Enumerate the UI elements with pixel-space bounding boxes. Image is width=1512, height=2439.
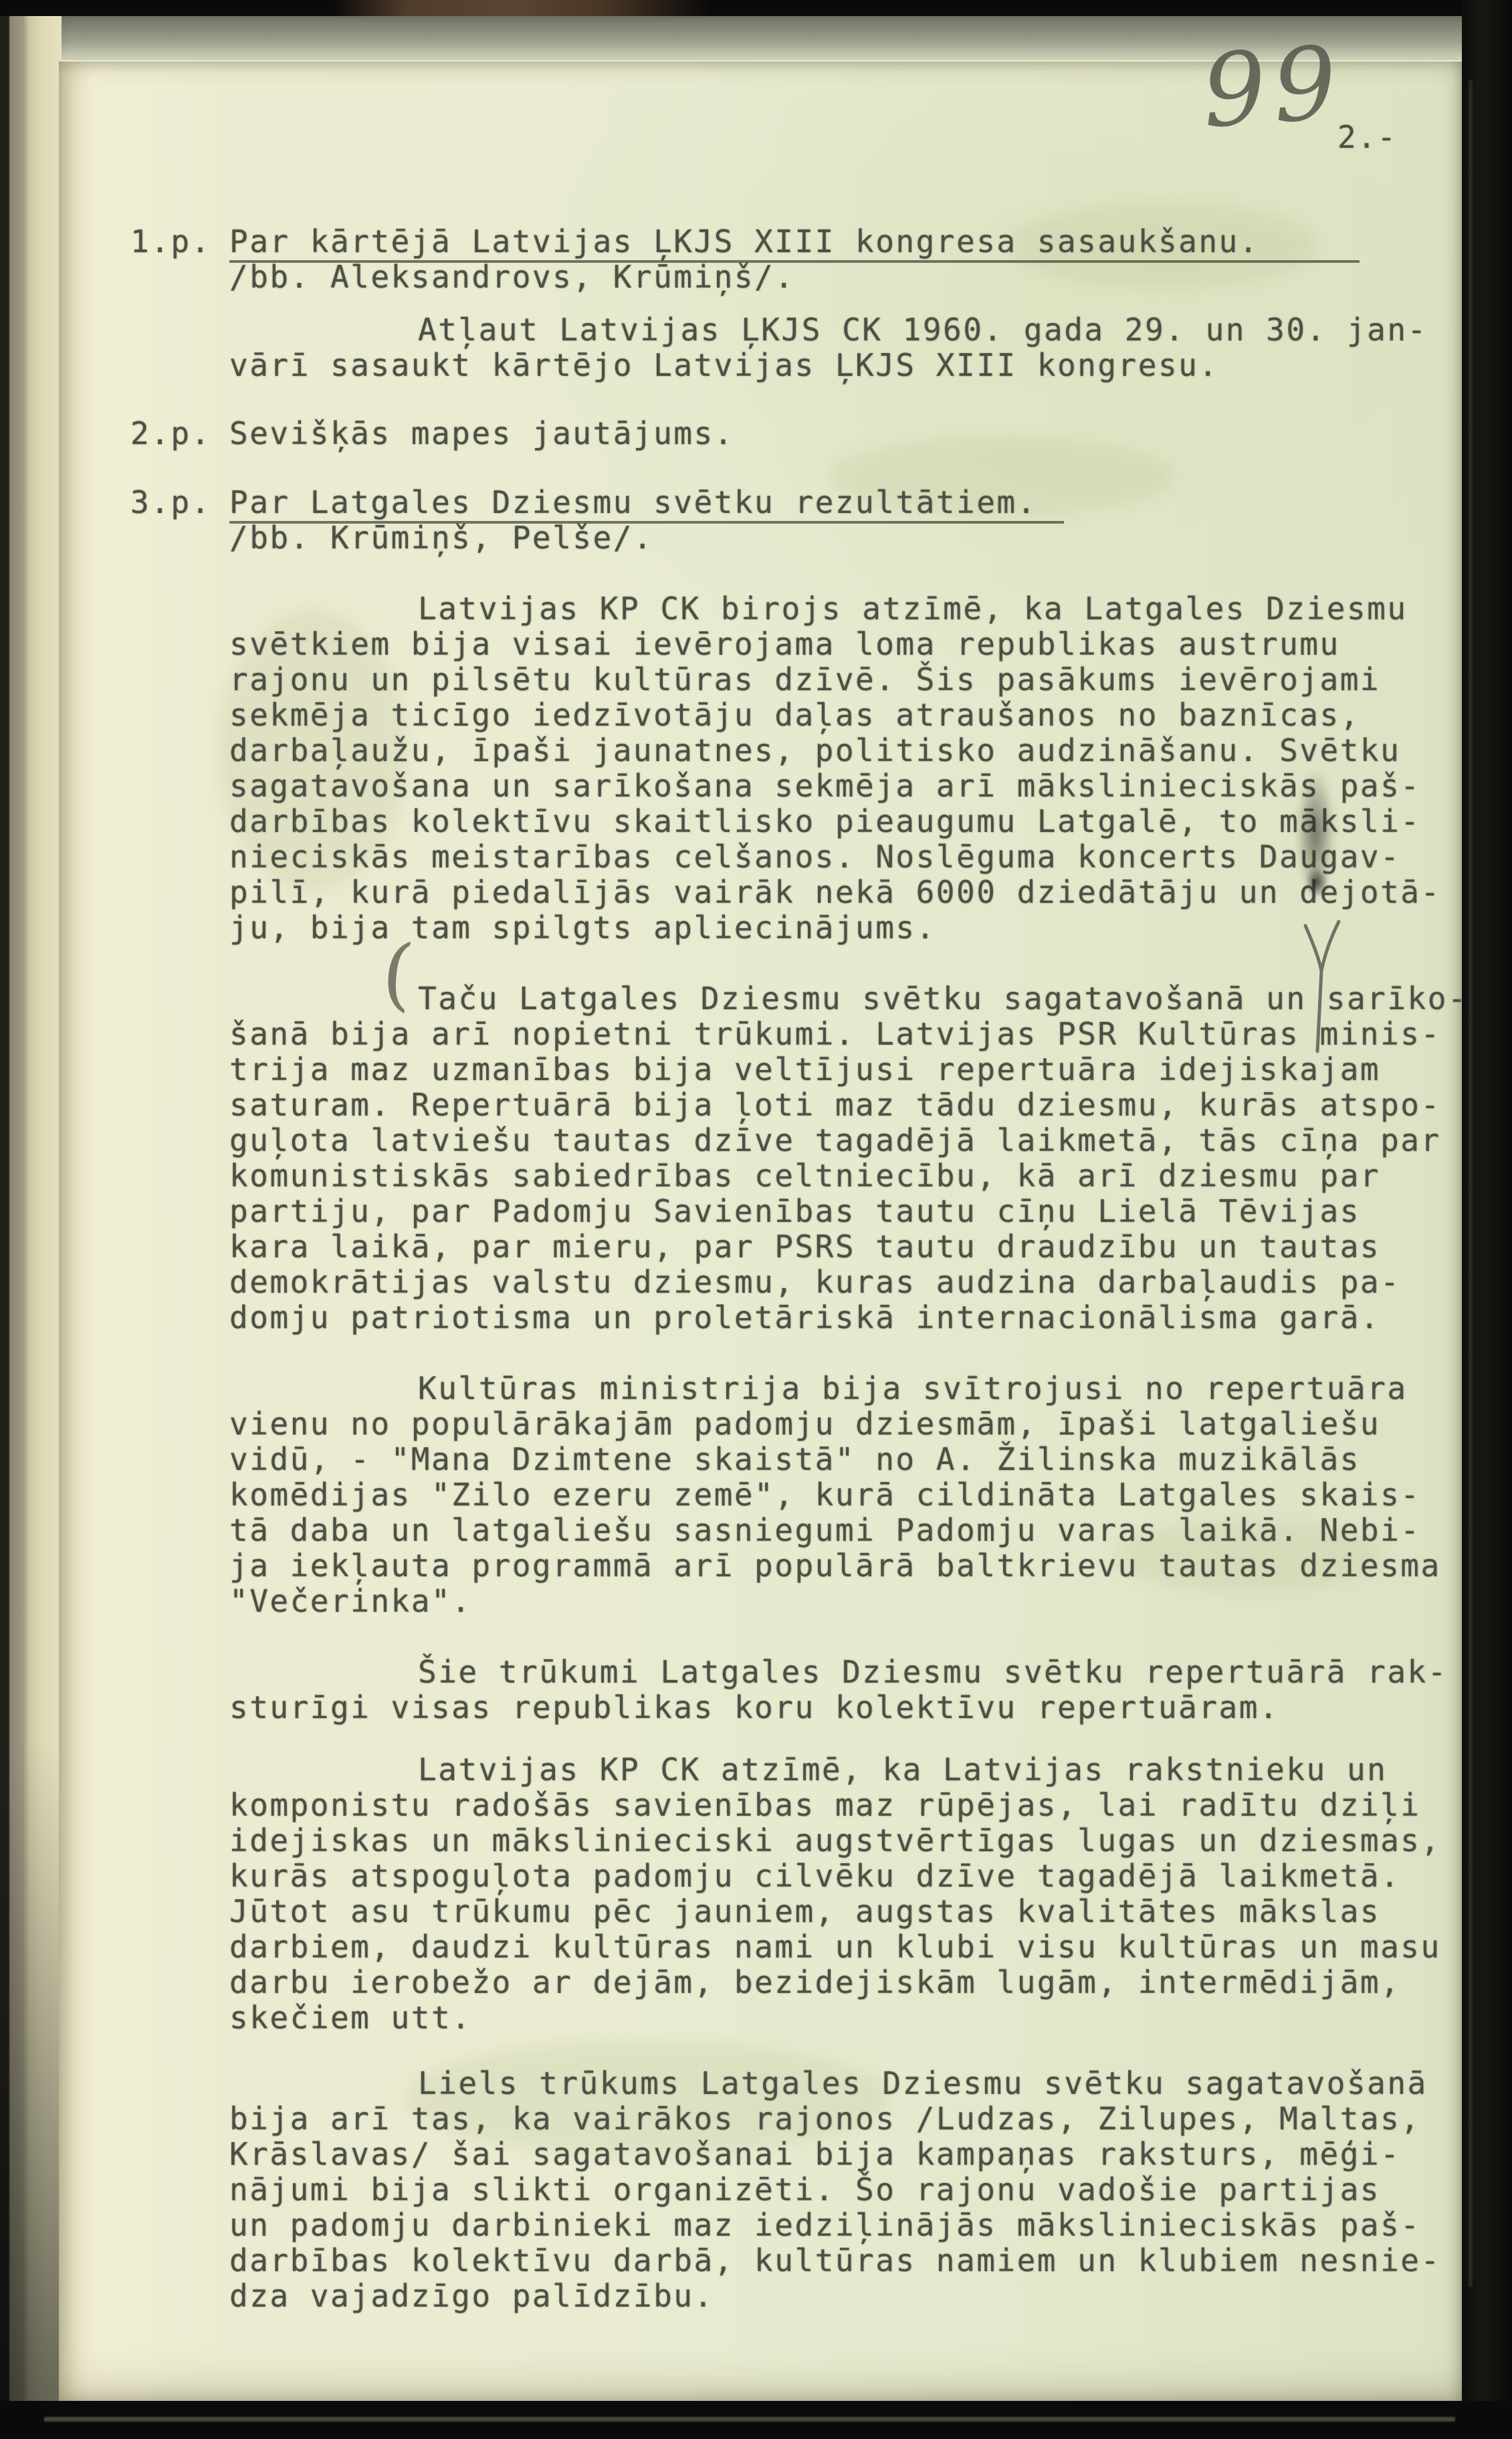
paragraph-5: Latvijas KP CK atzīmē, ka Latvijas rakst… — [229, 1752, 1467, 2036]
text-line: Šie trūkumi Latgales Dziesmu svētku repe… — [229, 1655, 1467, 1690]
text-line: un padomju darbinieki maz iedziļinājās m… — [229, 2208, 1467, 2243]
text-line: rajonu un pilsētu kultūras dzīvē. Šis pa… — [229, 662, 1467, 698]
text-line: svētkiem bija visai ievērojama loma repu… — [229, 627, 1467, 662]
text-line: Kultūras ministrija bija svītrojusi no r… — [229, 1371, 1467, 1406]
agenda-item-1-body: Atļaut Latvijas ĻKJS CK 1960. gada 29. u… — [229, 312, 1467, 383]
document-scan: 1.p. Par kārtējā Latvijas ĻKJS XIII kong… — [0, 0, 1512, 2439]
text-line: kara laikā, par mieru, par PSRS tautu dr… — [229, 1229, 1467, 1265]
text-line: idejiskas un mākslinieciski augstvērtīga… — [229, 1823, 1467, 1859]
agenda-item-3-title: Par Latgales Dziesmu svētku rezultātiem. — [229, 484, 1064, 524]
text-line: nieciskās meistarības celšanos. Noslēgum… — [229, 839, 1467, 875]
agenda-item-1-speakers: /bb. Aleksandrovs, Krūmiņš/. — [229, 259, 794, 295]
paragraph-6: Liels trūkums Latgales Dziesmu svētku sa… — [229, 2066, 1467, 2314]
text-line: Liels trūkums Latgales Dziesmu svētku sa… — [229, 2066, 1467, 2101]
page-edge-line — [1469, 80, 1473, 2287]
text-line: guļota latviešu tautas dzīve tagadējā la… — [229, 1123, 1467, 1158]
text-line: saturam. Repertuārā bija ļoti maz tādu d… — [229, 1087, 1467, 1123]
text-line: kurās atspoguļota padomju cilvēku dzīve … — [229, 1859, 1467, 1894]
text-line: Atļaut Latvijas ĻKJS CK 1960. gada 29. u… — [229, 312, 1467, 348]
agenda-item-3-subtitle: /bb. Krūmiņš, Pelše/. — [229, 520, 1467, 556]
agenda-item-1-heading: 1.p. Par kārtējā Latvijas ĻKJS XIII kong… — [229, 224, 1467, 259]
text-line: darbaļaužu, īpaši jaunatnes, politisko a… — [229, 733, 1467, 768]
handwritten-folio-number: 99 — [1198, 25, 1347, 150]
text-line: sturīgi visas republikas koru kolektīvu … — [229, 1690, 1467, 1725]
text-line: Latvijas KP CK atzīmē, ka Latvijas rakst… — [229, 1752, 1467, 1788]
agenda-item-3-label: 3.p. — [130, 485, 211, 520]
typewritten-text: 1.p. Par kārtējā Latvijas ĻKJS XIII kong… — [229, 224, 1467, 2314]
text-line: šanā bija arī nopietni trūkumi. Latvijas… — [229, 1017, 1467, 1052]
text-line: skečiem utt. — [229, 2000, 1467, 2036]
text-line: partiju, par Padomju Savienības tautu cī… — [229, 1194, 1467, 1229]
text-line: tā daba un latgaliešu sasniegumi Padomju… — [229, 1513, 1467, 1548]
ink-blot — [1305, 867, 1328, 897]
paragraph-2: Taču Latgales Dziesmu svētku sagatavošan… — [229, 981, 1467, 1336]
text-line: darbības kolektīvu skaitlisko pieaugumu … — [229, 804, 1467, 839]
text-line: vienu no populārākajām padomju dziesmām,… — [229, 1406, 1467, 1442]
agenda-item-1-subtitle: /bb. Aleksandrovs, Krūmiņš/. — [229, 259, 1467, 295]
text-line: demokrātijas valstu dziesmu, kuras audzi… — [229, 1265, 1467, 1300]
photo-top-edge — [0, 0, 1512, 17]
text-line: darbiem, daudzi kultūras nami un klubi v… — [229, 1929, 1467, 1965]
text-line: komunistiskās sabiedrības celtniecību, k… — [229, 1158, 1467, 1194]
text-line: trija maz uzmanības bija veltījusi reper… — [229, 1052, 1467, 1087]
text-line: nājumi bija slikti organizēti. Šo rajonu… — [229, 2172, 1467, 2208]
text-line: sagatavošana un sarīkošana sekmēja arī m… — [229, 768, 1467, 804]
text-line: pilī, kurā piedalījās vairāk nekā 6000 d… — [229, 875, 1467, 910]
text-line: Krāslavas/ šai sagatavošanai bija kampaņ… — [229, 2137, 1467, 2172]
text-line: "Večerinka". — [229, 1584, 1467, 1619]
agenda-item-1-title: Par kārtējā Latvijas ĻKJS XIII kongresa … — [229, 223, 1360, 263]
paragraph-3: Kultūras ministrija bija svītrojusi no r… — [229, 1371, 1467, 1619]
typed-page-number: 2.- — [1337, 119, 1397, 155]
text-line: dza vajadzīgo palīdzību. — [229, 2278, 1467, 2314]
text-line: ja iekļauta programmā arī populārā baltk… — [229, 1548, 1467, 1584]
paragraph-4: Šie trūkumi Latgales Dziesmu svētku repe… — [229, 1655, 1467, 1725]
agenda-item-2-heading: 2.p. Sevišķās mapes jautājums. — [229, 416, 1467, 451]
pencil-caret-icon — [1301, 920, 1344, 1063]
agenda-item-1-label: 1.p. — [130, 224, 211, 259]
text-line: Latvijas KP CK birojs atzīmē, ka Latgale… — [229, 591, 1467, 627]
text-line: domju patriotisma un proletāriskā intern… — [229, 1300, 1467, 1336]
text-line: Jūtot asu trūkumu pēc jauniem, augstas k… — [229, 1894, 1467, 1929]
text-line: komponistu radošās savienības maz rūpēja… — [229, 1788, 1467, 1823]
text-line: sekmēja ticīgo iedzīvotāju daļas atrauša… — [229, 698, 1467, 733]
text-line: Taču Latgales Dziesmu svētku sagatavošan… — [229, 981, 1467, 1017]
agenda-item-3-speakers: /bb. Krūmiņš, Pelše/. — [229, 520, 653, 556]
agenda-item-2-label: 2.p. — [130, 416, 211, 451]
text-line: vārī sasaukt kārtējo Latvijas ĻKJS XIII … — [229, 348, 1467, 383]
text-line: vidū, - "Mana Dzimtene skaistā" no A. Ži… — [229, 1442, 1467, 1477]
text-line: komēdijas "Zilo ezeru zemē", kurā cildin… — [229, 1477, 1467, 1513]
binding-shadow — [0, 1739, 62, 2404]
text-line: bija arī tas, ka vairākos rajonos /Ludza… — [229, 2101, 1467, 2137]
text-line: darbu ierobežo ar dejām, bezidejiskām lu… — [229, 1965, 1467, 2000]
agenda-item-3-heading: 3.p. Par Latgales Dziesmu svētku rezultā… — [229, 485, 1467, 520]
bottom-scan-line — [44, 2417, 1455, 2422]
paragraph-1: Latvijas KP CK birojs atzīmē, ka Latgale… — [229, 591, 1467, 946]
paper-page: 1.p. Par kārtējā Latvijas ĻKJS XIII kong… — [59, 62, 1462, 2401]
text-line: darbības kolektīvu darbā, kultūras namie… — [229, 2243, 1467, 2278]
agenda-item-2-title: Sevišķās mapes jautājums. — [229, 415, 734, 451]
